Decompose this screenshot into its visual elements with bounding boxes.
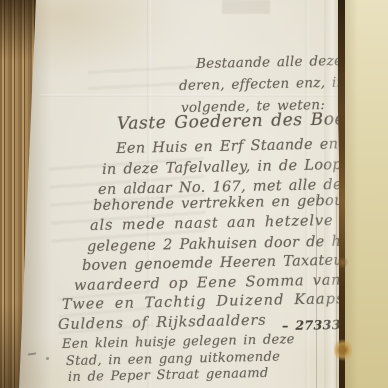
ink-speck	[46, 357, 49, 360]
manuscript-line: in de Peper Straat genaamd	[68, 367, 269, 385]
margin-mark	[28, 352, 36, 355]
manuscript-line: Guldens of Rijksdaalders	[58, 314, 267, 334]
edge-blemish	[334, 338, 352, 362]
adjacent-page-edge	[345, 0, 388, 388]
manuscript-photo: Bestaande alle deze goe deren, effecten …	[0, 0, 388, 388]
edge-blemish	[337, 256, 348, 269]
